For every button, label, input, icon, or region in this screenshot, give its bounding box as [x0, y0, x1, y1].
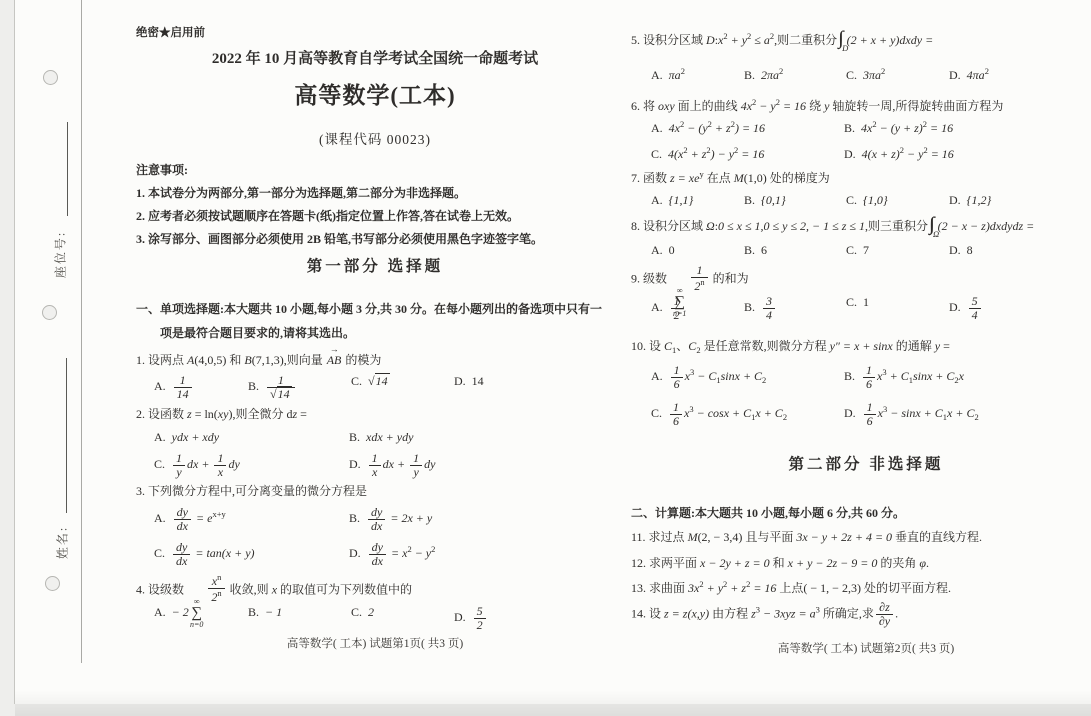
math-x: 的模为 [342, 353, 381, 367]
option-label: A. [154, 511, 166, 525]
math-x: 上点( − 1, − 2,3) 处的切平面方程. [776, 581, 951, 595]
math-m: + z [727, 581, 746, 595]
option-label: D. [949, 68, 961, 82]
option-B: B.6 [744, 243, 767, 258]
math-i: M [688, 530, 698, 544]
math-x: 所确定,求 [820, 606, 874, 620]
math-m: sinx + C [913, 369, 954, 383]
math-m: 4πa [967, 68, 985, 82]
page-2-footer: 高等数学( 工本) 试题第2页( 共3 页) [631, 642, 1091, 656]
math-m: πa [669, 68, 681, 82]
math-iint: ∫∫D [838, 27, 843, 51]
option-content: {1,1} [669, 193, 694, 207]
option-label: A. [651, 300, 663, 314]
math-m: 0 ≤ x ≤ 1,0 ≤ y ≤ 2, − 1 ≤ z ≤ 1 [718, 219, 865, 233]
option-content: − 1 [265, 605, 282, 619]
math-m: ydx + xdy [172, 430, 219, 444]
option-C: C.4(x2 + z2) − y2 = 16 [651, 145, 764, 162]
option-D: D.16x3 − sinx + C1x + C2 [844, 401, 979, 428]
option-label: A. [154, 430, 166, 444]
math-x: 的夹角 [877, 556, 919, 570]
math-m: = 16 [780, 99, 806, 113]
page-1-footer: 高等数学( 工本) 试题第1页( 共3 页) [136, 637, 614, 651]
section-2-instructions: 二、计算题:本大题共 10 小题,每小题 6 分,共 60 分。 [631, 506, 905, 521]
option-content: 52 [472, 610, 488, 624]
question-3-options-ab: A.dydx = ex+yB.dydx = 2x + y [136, 506, 614, 540]
math-x: 垂直的直线方程. [892, 530, 982, 544]
option-content: 0 [669, 243, 675, 257]
option-A: A.πa2 [651, 66, 685, 83]
option-label: A. [154, 605, 166, 619]
option-B: B.{0,1} [744, 193, 786, 208]
math-m: (2 − x − z)dxdydz = [938, 219, 1035, 233]
math-frac: dydx [368, 506, 385, 533]
option-content: xdx + ydy [366, 430, 413, 444]
question-10-options-cd: C.16x3 − cosx + C1x + C2D.16x3 − sinx + … [631, 401, 1091, 435]
option-content: dydx = tan(x + y) [171, 546, 255, 560]
question-2-stem: 2. 设函数 z = ln(xy),则全微分 dz = [136, 407, 307, 422]
option-label: D. [454, 610, 466, 624]
option-content: 3πa2 [863, 68, 885, 82]
math-m: ) = 16 [735, 121, 765, 135]
math-sup: 2 [985, 66, 989, 76]
math-frac: 16 [670, 401, 682, 428]
math-x: 绕 [806, 99, 824, 113]
math-m: = x [388, 546, 407, 560]
question-6-stem: 6. 将 oxy 面上的曲线 4x2 − y2 = 16 绕 y 轴旋转一周,所… [631, 97, 1003, 114]
binding-hole [45, 576, 60, 591]
math-x: 面上的曲线 [675, 99, 741, 113]
exam-paper: 座位号: 姓名: 绝密★启用前 2022 年 10 月高等教育自学考试全国统一命… [14, 0, 1091, 704]
math-i: M [734, 171, 744, 185]
math-x: 13. 求曲面 [631, 581, 688, 595]
math-m: x + C [947, 406, 974, 420]
option-content: 16x3 + C1sinx + C2x [861, 369, 964, 383]
math-x: 5. 设积分区域 [631, 33, 706, 47]
option-label: C. [154, 457, 165, 471]
option-label: D. [949, 193, 961, 207]
course-code: (课程代码 00023) [136, 132, 614, 149]
option-content: 16x3 − sinx + C1x + C2 [862, 406, 979, 420]
option-C: C.1 [846, 295, 869, 310]
option-content: 4(x + z)2 − y2 = 16 [862, 147, 954, 161]
option-label: C. [154, 546, 165, 560]
option-label: D. [454, 374, 466, 388]
math-x: 10. 设 [631, 339, 664, 353]
option-label: C. [351, 374, 362, 388]
option-content: πa2 [669, 68, 685, 82]
option-C: C.dydx = tan(x + y) [154, 541, 255, 568]
math-frac: 1x [214, 452, 226, 479]
math-m: + C [887, 369, 909, 383]
math-x: (7,1,3),则向量 [252, 353, 326, 367]
note-3: 3. 涂写部分、画图部分必须使用 2B 铅笔,书写部分必须使用黑色字迹签字笔。 [136, 232, 543, 247]
question-5-stem: 5. 设积分区域 D:x2 + y2 ≤ a2,则二重积分∫∫D(2 + x +… [631, 27, 933, 51]
name-write-line [66, 358, 67, 513]
math-m: − (y [684, 121, 707, 135]
math-x: = [940, 339, 950, 353]
math-frac: ∂z∂y [876, 601, 893, 628]
option-B: B.xdx + ydy [349, 430, 413, 445]
math-frac: 16 [863, 364, 875, 391]
math-x: 8. 设积分区域 [631, 219, 706, 233]
option-A: A.114 [154, 374, 194, 401]
question-9-options: A.12B.34C.1D.54 [631, 295, 1091, 329]
math-x: 0 [669, 243, 675, 257]
math-m: − 1 [265, 605, 282, 619]
seat-number-write-line [67, 122, 68, 216]
option-label: B. [844, 369, 855, 383]
option-A: A.12 [651, 295, 685, 322]
question-3-options-cd: C.dydx = tan(x + y)D.dydx = x2 − y2 [136, 541, 614, 575]
math-frac: 16 [864, 401, 876, 428]
option-C: C.16x3 − cosx + C1x + C2 [651, 401, 787, 428]
option-label: D. [844, 147, 856, 161]
page-2: 5. 设积分区域 D:x2 + y2 ≤ a2,则二重积分∫∫D(2 + x +… [631, 0, 1091, 704]
math-m: x + C [755, 406, 782, 420]
option-label: B. [744, 300, 755, 314]
math-x: 1. 设两点 [136, 353, 187, 367]
math-x: 、 [676, 339, 688, 353]
math-sub: 2 [783, 412, 787, 422]
math-i: C [664, 339, 672, 353]
math-m: = 16 [927, 121, 953, 135]
math-m: − 2 [172, 605, 189, 619]
math-m: {0,1} [761, 193, 786, 207]
math-m: − 3xyz = a [760, 606, 816, 620]
question-3-stem: 3. 下列微分方程中,可分离变量的微分方程是 [136, 484, 367, 499]
math-frac: 1√14 [267, 374, 295, 401]
option-D: D.52 [454, 605, 488, 632]
math-x: 8 [967, 243, 973, 257]
question-1-stem: 1. 设两点 A(4,0,5) 和 B(7,1,3),则向量 →AB 的模为 [136, 353, 381, 368]
option-D: D.14 [454, 374, 484, 389]
math-frac: 54 [969, 295, 981, 322]
math-m: 3x [688, 581, 699, 595]
math-x: 和 [770, 556, 788, 570]
math-m: x − 2y + z = 0 [700, 556, 770, 570]
math-x: 6 [761, 243, 767, 257]
question-2-options-cd: C.1ydx + 1xdyD.1xdx + 1ydy [136, 452, 614, 486]
page-1: 绝密★启用前 2022 年 10 月高等教育自学考试全国统一命题考试 高等数学(… [136, 0, 614, 704]
math-m: ∂z [879, 600, 890, 614]
math-x: 14. 设 [631, 606, 664, 620]
math-x: = [297, 407, 307, 421]
math-m: + z [688, 147, 707, 161]
scan-shadow [15, 690, 1091, 716]
option-content: √14 [368, 373, 390, 388]
option-D: D.4(x + z)2 − y2 = 16 [844, 145, 954, 162]
math-frac: 12n [691, 264, 707, 293]
math-x: 7 [863, 243, 869, 257]
option-label: D. [949, 243, 961, 257]
section-1-instructions-line-2: 项是最符合题目要求的,请将其选出。 [160, 326, 355, 341]
math-m: 4x [861, 121, 872, 135]
option-content: 8 [967, 243, 973, 257]
math-m: = 2x + y [387, 511, 432, 525]
question-4-options: A.− 2B.− 1C.2D.52 [136, 605, 614, 639]
math-x: 3. 下列微分方程中,可分离变量的微分方程是 [136, 484, 367, 498]
option-content: 1xdx + 1ydy [367, 457, 436, 471]
math-sub: 2 [974, 412, 978, 422]
option-B: B.2πa2 [744, 66, 783, 83]
option-label: C. [846, 295, 857, 309]
math-m: xdx + ydy [366, 430, 413, 444]
note-2: 2. 应考者必须按试题顺序在答题卡(纸)指定位置上作答,答在试卷上无效。 [136, 209, 519, 224]
binding-margin-line [81, 0, 82, 663]
option-label: A. [651, 193, 663, 207]
question-10-options-ab: A.16x3 − C1sinx + C2B.16x3 + C1sinx + C2… [631, 364, 1091, 398]
option-label: B. [744, 243, 755, 257]
option-B: B.dydx = 2x + y [349, 506, 432, 533]
math-m: sinx + C [721, 369, 762, 383]
option-content: 7 [863, 243, 869, 257]
option-label: D. [349, 546, 361, 560]
option-content: 1√14 [265, 379, 297, 393]
option-content: 4x2 − (y + z)2 = 16 [861, 121, 953, 135]
math-sup: 2 [431, 544, 435, 554]
math-m: (2 + x + y)dxdy = [847, 33, 934, 47]
option-content: 6 [761, 243, 767, 257]
math-x: ,则二重积分 [774, 33, 837, 47]
security-classification: 绝密★启用前 [136, 26, 205, 40]
option-C: C.{1,0} [846, 193, 888, 208]
option-label: B. [248, 379, 259, 393]
math-vec: →AB [327, 353, 342, 367]
math-x: 在点 [704, 171, 734, 185]
math-sup: n [217, 588, 221, 598]
option-label: C. [351, 605, 362, 619]
math-frac: dydx [173, 541, 190, 568]
math-m: 2 [368, 605, 374, 619]
option-content: 4x2 − (y2 + z2) = 16 [669, 121, 765, 135]
option-B: B.1√14 [248, 374, 297, 401]
math-x: ,则三重积分 [865, 219, 928, 233]
option-A: A.ydx + xdy [154, 430, 219, 445]
option-content: {1,2} [967, 193, 992, 207]
notes-title: 注意事项: [136, 163, 188, 178]
option-A: A.4x2 − (y2 + z2) = 16 [651, 119, 765, 136]
option-label: B. [349, 430, 360, 444]
math-sup: n [700, 277, 704, 287]
math-m: = 16 [928, 147, 954, 161]
option-D: D.4πa2 [949, 66, 989, 83]
math-x: 12. 求两平面 [631, 556, 700, 570]
option-content: 54 [967, 300, 983, 314]
option-content: dydx = 2x + y [366, 511, 432, 525]
math-m: {1,2} [967, 193, 992, 207]
math-x: (4,0,5) 和 [194, 353, 244, 367]
math-m: + z [712, 121, 731, 135]
math-sup: 2 [881, 66, 885, 76]
option-C: C.1ydx + 1xdy [154, 452, 240, 479]
option-label: D. [349, 457, 361, 471]
math-m: − cosx + C [694, 406, 752, 420]
math-m: 4(x + z) [862, 147, 900, 161]
math-m: + y [728, 33, 747, 47]
math-x: = ln( [192, 407, 218, 421]
math-frac: 1y [410, 452, 422, 479]
math-sub: 2 [762, 375, 766, 385]
math-m: z = xe [670, 171, 699, 185]
math-x: 6. 将 [631, 99, 658, 113]
option-content: 4(x2 + z2) − y2 = 16 [668, 147, 764, 161]
math-frac: 1x [369, 452, 381, 479]
math-m: = 16 [750, 581, 776, 595]
option-B: B.16x3 + C1sinx + C2x [844, 364, 964, 391]
question-5-options: A.πa2B.2πa2C.3πa2D.4πa2 [631, 66, 1091, 100]
math-m: − sinx + C [887, 406, 943, 420]
math-m: 2πa [761, 68, 779, 82]
option-content: − 2 [172, 605, 189, 619]
math-m: − (y + z) [877, 121, 923, 135]
exam-session-title: 2022 年 10 月高等教育自学考试全国统一命题考试 [136, 50, 614, 69]
option-label: C. [846, 193, 857, 207]
math-m: = e [193, 511, 212, 525]
option-label: D. [949, 300, 961, 314]
math-m: dx + [187, 457, 212, 471]
math-frac: 34 [763, 295, 775, 322]
option-C: C.2 [351, 605, 374, 620]
math-x: 9. 级数 [631, 271, 670, 285]
binding-hole [42, 305, 57, 320]
math-m: {1,1} [669, 193, 694, 207]
section-2-title: 第二部分 非选择题 [631, 455, 1091, 474]
option-content: 34 [761, 300, 777, 314]
math-m: ≤ a [751, 33, 770, 47]
option-label: A. [154, 379, 166, 393]
note-1: 1. 本试卷分为两部分,第一部分为选择题,第二部分为非选择题。 [136, 186, 466, 201]
math-x: (2, − 3,4) 且与平面 [698, 530, 797, 544]
option-content: 114 [172, 379, 194, 393]
question-13-stem: 13. 求曲面 3x2 + y2 + z2 = 16 上点( − 1, − 2,… [631, 579, 951, 596]
math-x: 的取值可为下列数值中的 [277, 582, 412, 596]
math-m: 3x − y + 2z + 4 = 0 [796, 530, 892, 544]
question-12-stem: 12. 求两平面 x − 2y + z = 0 和 x + y − 2z − 9… [631, 556, 929, 571]
option-C: C.√14 [351, 374, 390, 389]
scanned-exam-page: { "sidebar": { "seat_label": "座位号:", "na… [0, 0, 1091, 716]
question-7-stem: 7. 函数 z = xey 在点 M(1,0) 处的梯度为 [631, 169, 830, 186]
option-D: D.54 [949, 295, 983, 322]
option-A: A.− 2 [154, 605, 189, 620]
question-8-stem: 8. 设积分区域 Ω:0 ≤ x ≤ 1,0 ≤ y ≤ 2, − 1 ≤ z … [631, 213, 1034, 237]
option-label: C. [846, 243, 857, 257]
option-content: 16x3 − cosx + C1x + C2 [668, 406, 787, 420]
option-label: B. [744, 193, 755, 207]
math-x: 1 [863, 295, 869, 309]
math-x: 由方程 [709, 606, 751, 620]
option-label: B. [248, 605, 259, 619]
math-sup: n [217, 572, 221, 582]
math-x: 的通解 [893, 339, 935, 353]
option-label: C. [651, 406, 662, 420]
math-frac: dydx [174, 506, 191, 533]
math-frac: xn2n [208, 573, 224, 604]
question-11-stem: 11. 求过点 M(2, − 3,4) 且与平面 3x − y + 2z + 4… [631, 530, 982, 545]
math-frac: 12 [671, 295, 683, 322]
question-14-stem: 14. 设 z = z(x,y) 由方程 z3 − 3xyz = a3 所确定,… [631, 601, 898, 628]
section-1-instructions-line-1: 一、单项选择题:本大题共 10 小题,每小题 3 分,共 30 分。在每小题列出… [136, 302, 602, 317]
option-content: 2πa2 [761, 68, 783, 82]
subject-title: 高等数学(工本) [136, 82, 614, 111]
option-D: D.1xdx + 1ydy [349, 452, 435, 479]
name-label: 姓名: [54, 508, 71, 578]
option-label: A. [651, 369, 663, 383]
math-m: ) − y [711, 147, 734, 161]
option-content: 4πa2 [967, 68, 989, 82]
math-sqrt: √14 [270, 386, 292, 401]
math-frac: 1y [173, 452, 185, 479]
option-content: ydx + xdy [172, 430, 219, 444]
binding-hole [43, 70, 58, 85]
option-label: D. [844, 406, 856, 420]
math-x: 4. 设级数 [136, 582, 187, 596]
option-A: A.dydx = ex+y [154, 506, 226, 533]
option-D: D.dydx = x2 − y2 [349, 541, 435, 568]
math-m: 4x [669, 121, 680, 135]
math-m: 4x [741, 99, 752, 113]
option-label: B. [349, 511, 360, 525]
math-x: 11. 求过点 [631, 530, 688, 544]
math-frac: 16 [671, 364, 683, 391]
math-x: 轴旋转一周,所得旋转曲面方程为 [829, 99, 1003, 113]
math-x: 14 [472, 374, 484, 388]
seat-number-label: 座位号: [52, 220, 69, 290]
math-sup: 2 [779, 66, 783, 76]
math-m: − y [904, 147, 923, 161]
option-content: 12 [669, 300, 685, 314]
math-frac: dydx [369, 541, 386, 568]
math-m: x + y − 2z − 9 = 0 [788, 556, 878, 570]
question-10-stem: 10. 设 C1、C2 是任意常数,则微分方程 y″ = x + sinx 的通… [631, 339, 950, 356]
option-content: 2 [368, 605, 374, 619]
math-m: = tan(x + y) [192, 546, 254, 560]
math-sup: 2 [681, 66, 685, 76]
option-B: B.34 [744, 295, 777, 322]
math-sup: x+y [212, 509, 225, 519]
option-content: 14 [472, 374, 484, 388]
math-m: z = z(x,y) [664, 606, 709, 620]
math-i: Ω [706, 219, 715, 233]
math-m: y″ = x + sinx [830, 339, 893, 353]
option-label: A. [651, 121, 663, 135]
option-D: D.{1,2} [949, 193, 991, 208]
math-i: B [244, 353, 251, 367]
math-x: ),则全微分 d [228, 407, 292, 421]
option-content: 1ydx + 1xdy [171, 457, 240, 471]
option-label: B. [844, 121, 855, 135]
math-sqrt: √14 [368, 373, 390, 388]
option-A: A.16x3 − C1sinx + C2 [651, 364, 766, 391]
option-content: {1,0} [863, 193, 888, 207]
question-1-options: A.114B.1√14C.√14D.14 [136, 374, 614, 408]
math-m: + y [704, 581, 723, 595]
option-label: A. [651, 68, 663, 82]
option-content: dydx = x2 − y2 [367, 546, 436, 560]
option-C: C.7 [846, 243, 869, 258]
math-x: (1,0) 处的梯度为 [744, 171, 830, 185]
math-m: dy [228, 457, 239, 471]
option-label: A. [651, 243, 663, 257]
math-m: x [959, 369, 964, 383]
math-m: oxy [658, 99, 675, 113]
option-content: 1 [863, 295, 869, 309]
option-content: {0,1} [761, 193, 786, 207]
math-m: 4(x [668, 147, 683, 161]
option-content: 16x3 − C1sinx + C2 [669, 369, 767, 383]
math-m: 3πa [863, 68, 881, 82]
option-B: B.4x2 − (y + z)2 = 16 [844, 119, 953, 136]
